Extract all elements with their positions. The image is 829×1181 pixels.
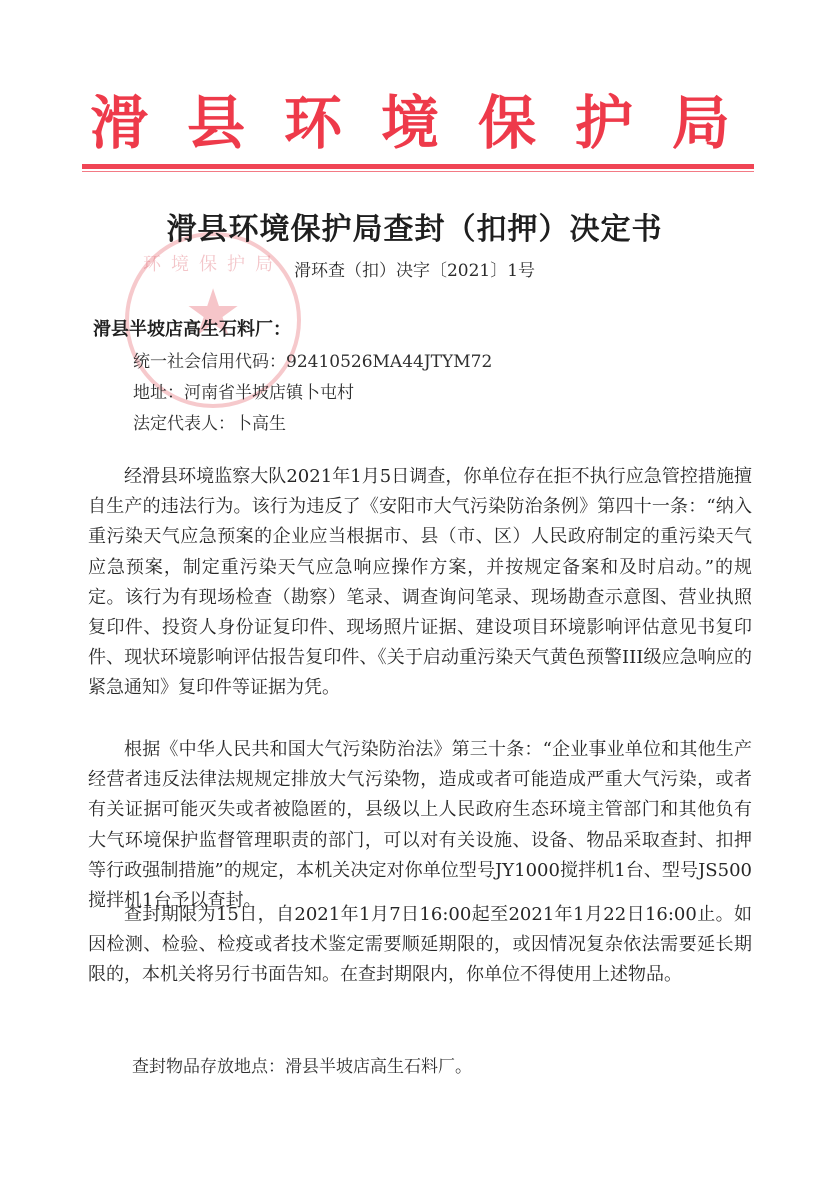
credit-code-line: 统一社会信用代码：92410526MA44JTYM72 <box>133 347 492 372</box>
agency-masthead: 滑 县 环 境 保 护 局 <box>90 88 730 158</box>
masthead-char: 保 <box>478 94 536 152</box>
body-paragraph-findings: 经滑县环境监察大队2021年1月5日调查，你单位存在拒不执行应急管控措施擅自生产… <box>88 462 752 704</box>
document-title: 滑县环境保护局查封（扣押）决定书 <box>0 204 829 248</box>
legal-representative-line: 法定代表人：卜高生 <box>133 409 286 434</box>
recipient-name: 滑县半坡店高生石料厂： <box>93 315 291 341</box>
body-paragraph-legal-basis: 根据《中华人民共和国大气污染防治法》第三十条：“企业事业单位和其他生产经营者违反… <box>88 735 752 916</box>
masthead-char: 县 <box>187 94 245 152</box>
document-number: 滑环查（扣）决字〔2021〕1号 <box>0 256 829 281</box>
masthead-char: 局 <box>672 94 730 152</box>
masthead-divider-thin <box>82 171 754 172</box>
masthead-divider-thick <box>82 164 754 169</box>
body-paragraph-seizure-period: 查封期限为15日，自2021年1月7日16:00起至2021年1月22日16:0… <box>88 900 752 991</box>
masthead-char: 境 <box>381 94 439 152</box>
storage-location: 查封物品存放地点：滑县半坡店高生石料厂。 <box>132 1052 472 1077</box>
masthead-char: 滑 <box>90 94 148 152</box>
address-line: 地址：河南省半坡店镇卜屯村 <box>133 378 354 403</box>
masthead-char: 环 <box>284 94 342 152</box>
masthead-char: 护 <box>575 94 633 152</box>
